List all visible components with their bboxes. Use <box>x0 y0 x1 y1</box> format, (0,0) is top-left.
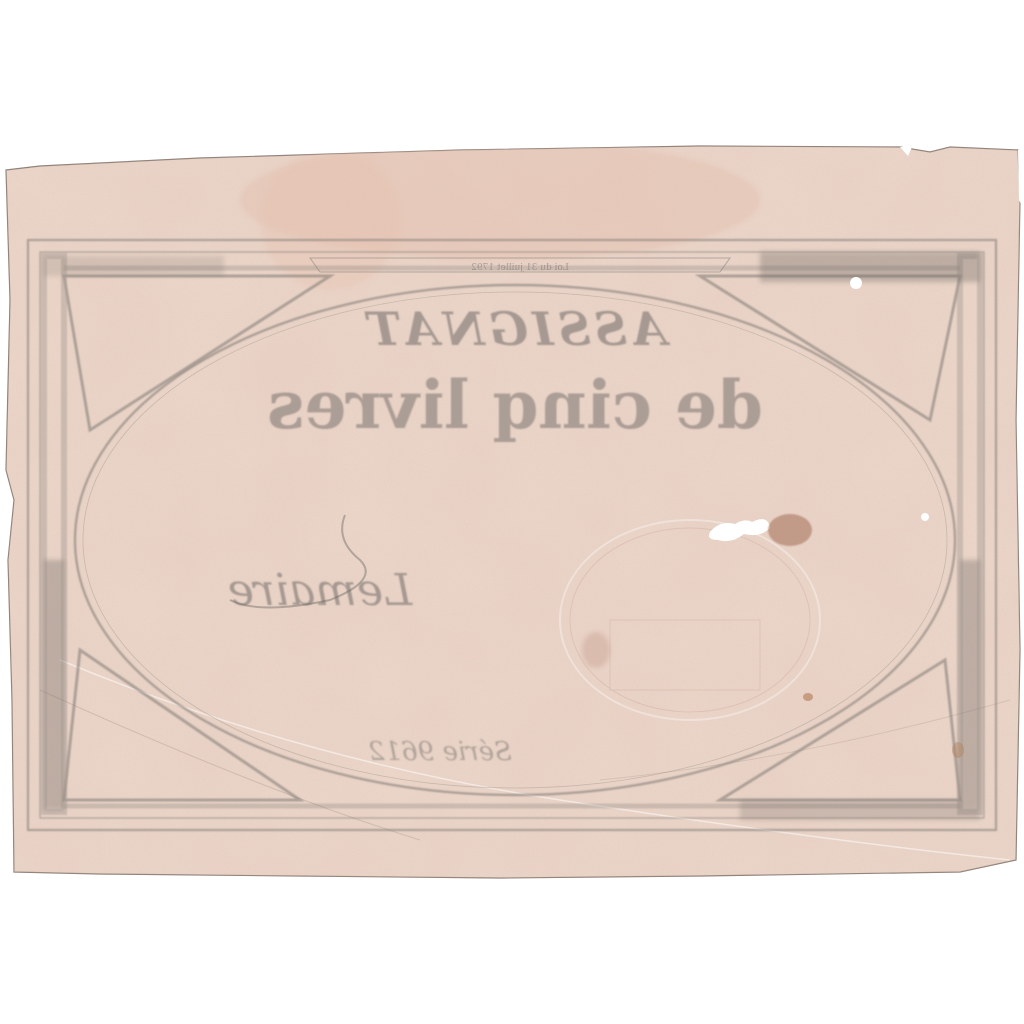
stain <box>803 693 813 701</box>
hole <box>850 277 862 289</box>
mirrored-denomination: de cinq livres <box>267 366 763 444</box>
mirrored-series: Série 9612 <box>368 737 512 767</box>
stain <box>768 514 812 546</box>
paper-sheet <box>0 140 1024 880</box>
stain <box>582 632 610 668</box>
mirrored-title: ASSIGNAT <box>363 302 670 356</box>
banknote-illustration: Loi du 31 juillet 1792 ASSIGNAT de cinq … <box>0 0 1024 1024</box>
banknote-photo: Loi du 31 juillet 1792 ASSIGNAT de cinq … <box>0 0 1024 1024</box>
hole <box>921 513 929 521</box>
mirrored-signature: Lemaire <box>228 565 413 616</box>
top-banner-text: Loi du 31 juillet 1792 <box>471 263 569 273</box>
stain <box>952 742 964 758</box>
